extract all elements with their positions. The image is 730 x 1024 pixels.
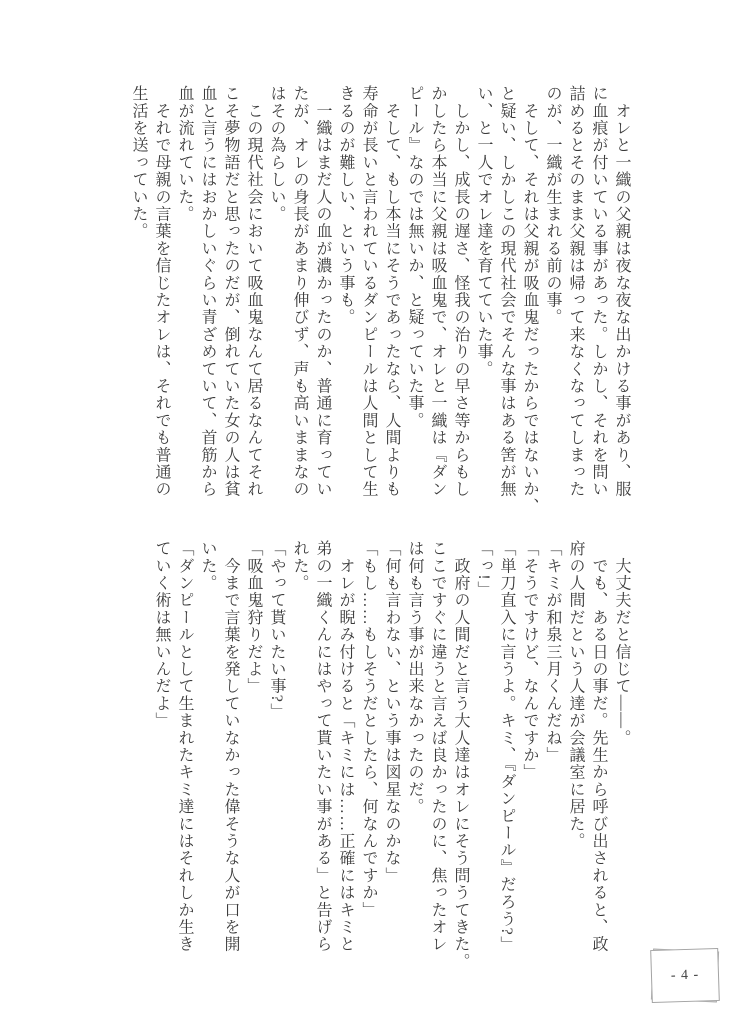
- text-line: そして、もし本当にそうであったなら、人間よりも: [380, 85, 403, 527]
- text-line: たが、オレの身長があまり伸びず、声も高いままなの: [288, 85, 311, 527]
- page-number: - 4 -: [671, 967, 700, 984]
- text-line: 今まで言葉を発していなかった偉そうな人が口を開: [219, 540, 242, 982]
- text-line: こそ夢物語だと思ったのだが、倒れていた女の人は貧: [219, 85, 242, 527]
- text-line: 「ダンピールとして生まれたキミ達にはそれしか生き: [173, 540, 196, 982]
- text-line: のが、一織が生まれる前の事。: [541, 85, 564, 527]
- text-line: に血痕が付いている事があった。しかし、それを問い: [587, 85, 610, 527]
- text-line: 「やって貰いたい事?」: [265, 540, 288, 982]
- text-line: 政府の人間だと言う大人達はオレにそう問うてきた。: [449, 540, 472, 982]
- text-line: 「もし……もしそうだとしたら、何なんですか」: [357, 540, 380, 982]
- text-line: でも、ある日の事だ。先生から呼び出されると、政: [587, 540, 610, 982]
- text-line: ていく術は無いんだよ」: [150, 540, 173, 982]
- text-line: オレと一織の父親は夜な夜な出かける事があり、服: [610, 85, 633, 527]
- text-line: 大丈夫だと信じて――。: [610, 540, 633, 982]
- page-number-frame-front: - 4 -: [650, 948, 720, 1003]
- text-line: 府の人間だという人達が会議室に居た。: [564, 540, 587, 982]
- page-bottom-block: 大丈夫だと信じて――。 でも、ある日の事だ。先生から呼び出されると、政府の人間だ…: [150, 540, 633, 982]
- text-line: しかし、成長の遅さ、怪我の治りの早さ等からもし: [449, 85, 472, 527]
- text-line: い、と一人でオレ達を育てていた事。: [472, 85, 495, 527]
- manuscript-page: オレと一織の父親は夜な夜な出かける事があり、服に血痕が付いている事があった。しか…: [0, 0, 730, 1024]
- page-top-block: オレと一織の父親は夜な夜な出かける事があり、服に血痕が付いている事があった。しか…: [127, 85, 633, 527]
- page-number-ornament: - 4 -: [649, 946, 721, 1006]
- text-line: いた。: [196, 540, 219, 982]
- text-line: はその為らしい。: [265, 85, 288, 527]
- text-line: と疑い、しかしこの現代社会でそんな事はある筈が無: [495, 85, 518, 527]
- text-line: ピール』なのでは無いか、と疑っていた事。: [403, 85, 426, 527]
- text-line: かしたら本当に父親は吸血鬼で、オレと一織は『ダン: [426, 85, 449, 527]
- text-line: そして、それは父親が吸血鬼だったからではないか、: [518, 85, 541, 527]
- text-line: 「単刀直入に言うよ。キミ、『ダンピール』だろう?」: [495, 540, 518, 982]
- text-line: 弟の一織くんにはやって貰いたい事がある」と告げら: [311, 540, 334, 982]
- text-line: 血と言うにはおかしいぐらい青ざめていて、首筋から: [196, 85, 219, 527]
- text-line: 「そうですけど、なんですか」: [518, 540, 541, 982]
- text-line: 生活を送っていた。: [127, 85, 150, 527]
- text-line: れた。: [288, 540, 311, 982]
- text-line: は何も言う事が出来なかったのだ。: [403, 540, 426, 982]
- text-line: 寿命が長いと言われているダンピールは人間として生: [357, 85, 380, 527]
- text-line: 「っ!」: [472, 540, 495, 982]
- text-line: 「何も言わない、という事は図星なのかな」: [380, 540, 403, 982]
- text-line: きるのが難しい、という事も。: [334, 85, 357, 527]
- text-line: 「吸血鬼狩りだよ」: [242, 540, 265, 982]
- text-line: それで母親の言葉を信じたオレは、それでも普通の: [150, 85, 173, 527]
- text-line: オレが睨み付けると「キミには……正確にはキミと: [334, 540, 357, 982]
- text-line: 一織はまだ人の血が濃かったのか、普通に育ってい: [311, 85, 334, 527]
- text-line: 血が流れていた。: [173, 85, 196, 527]
- text-line: ここですぐに違うと言えば良かったのに、焦ったオレ: [426, 540, 449, 982]
- text-line: この現代社会において吸血鬼なんて居るなんてそれ: [242, 85, 265, 527]
- text-line: 詰めるとそのまま父親は帰って来なくなってしまった: [564, 85, 587, 527]
- text-line: 「キミが和泉三月くんだね」: [541, 540, 564, 982]
